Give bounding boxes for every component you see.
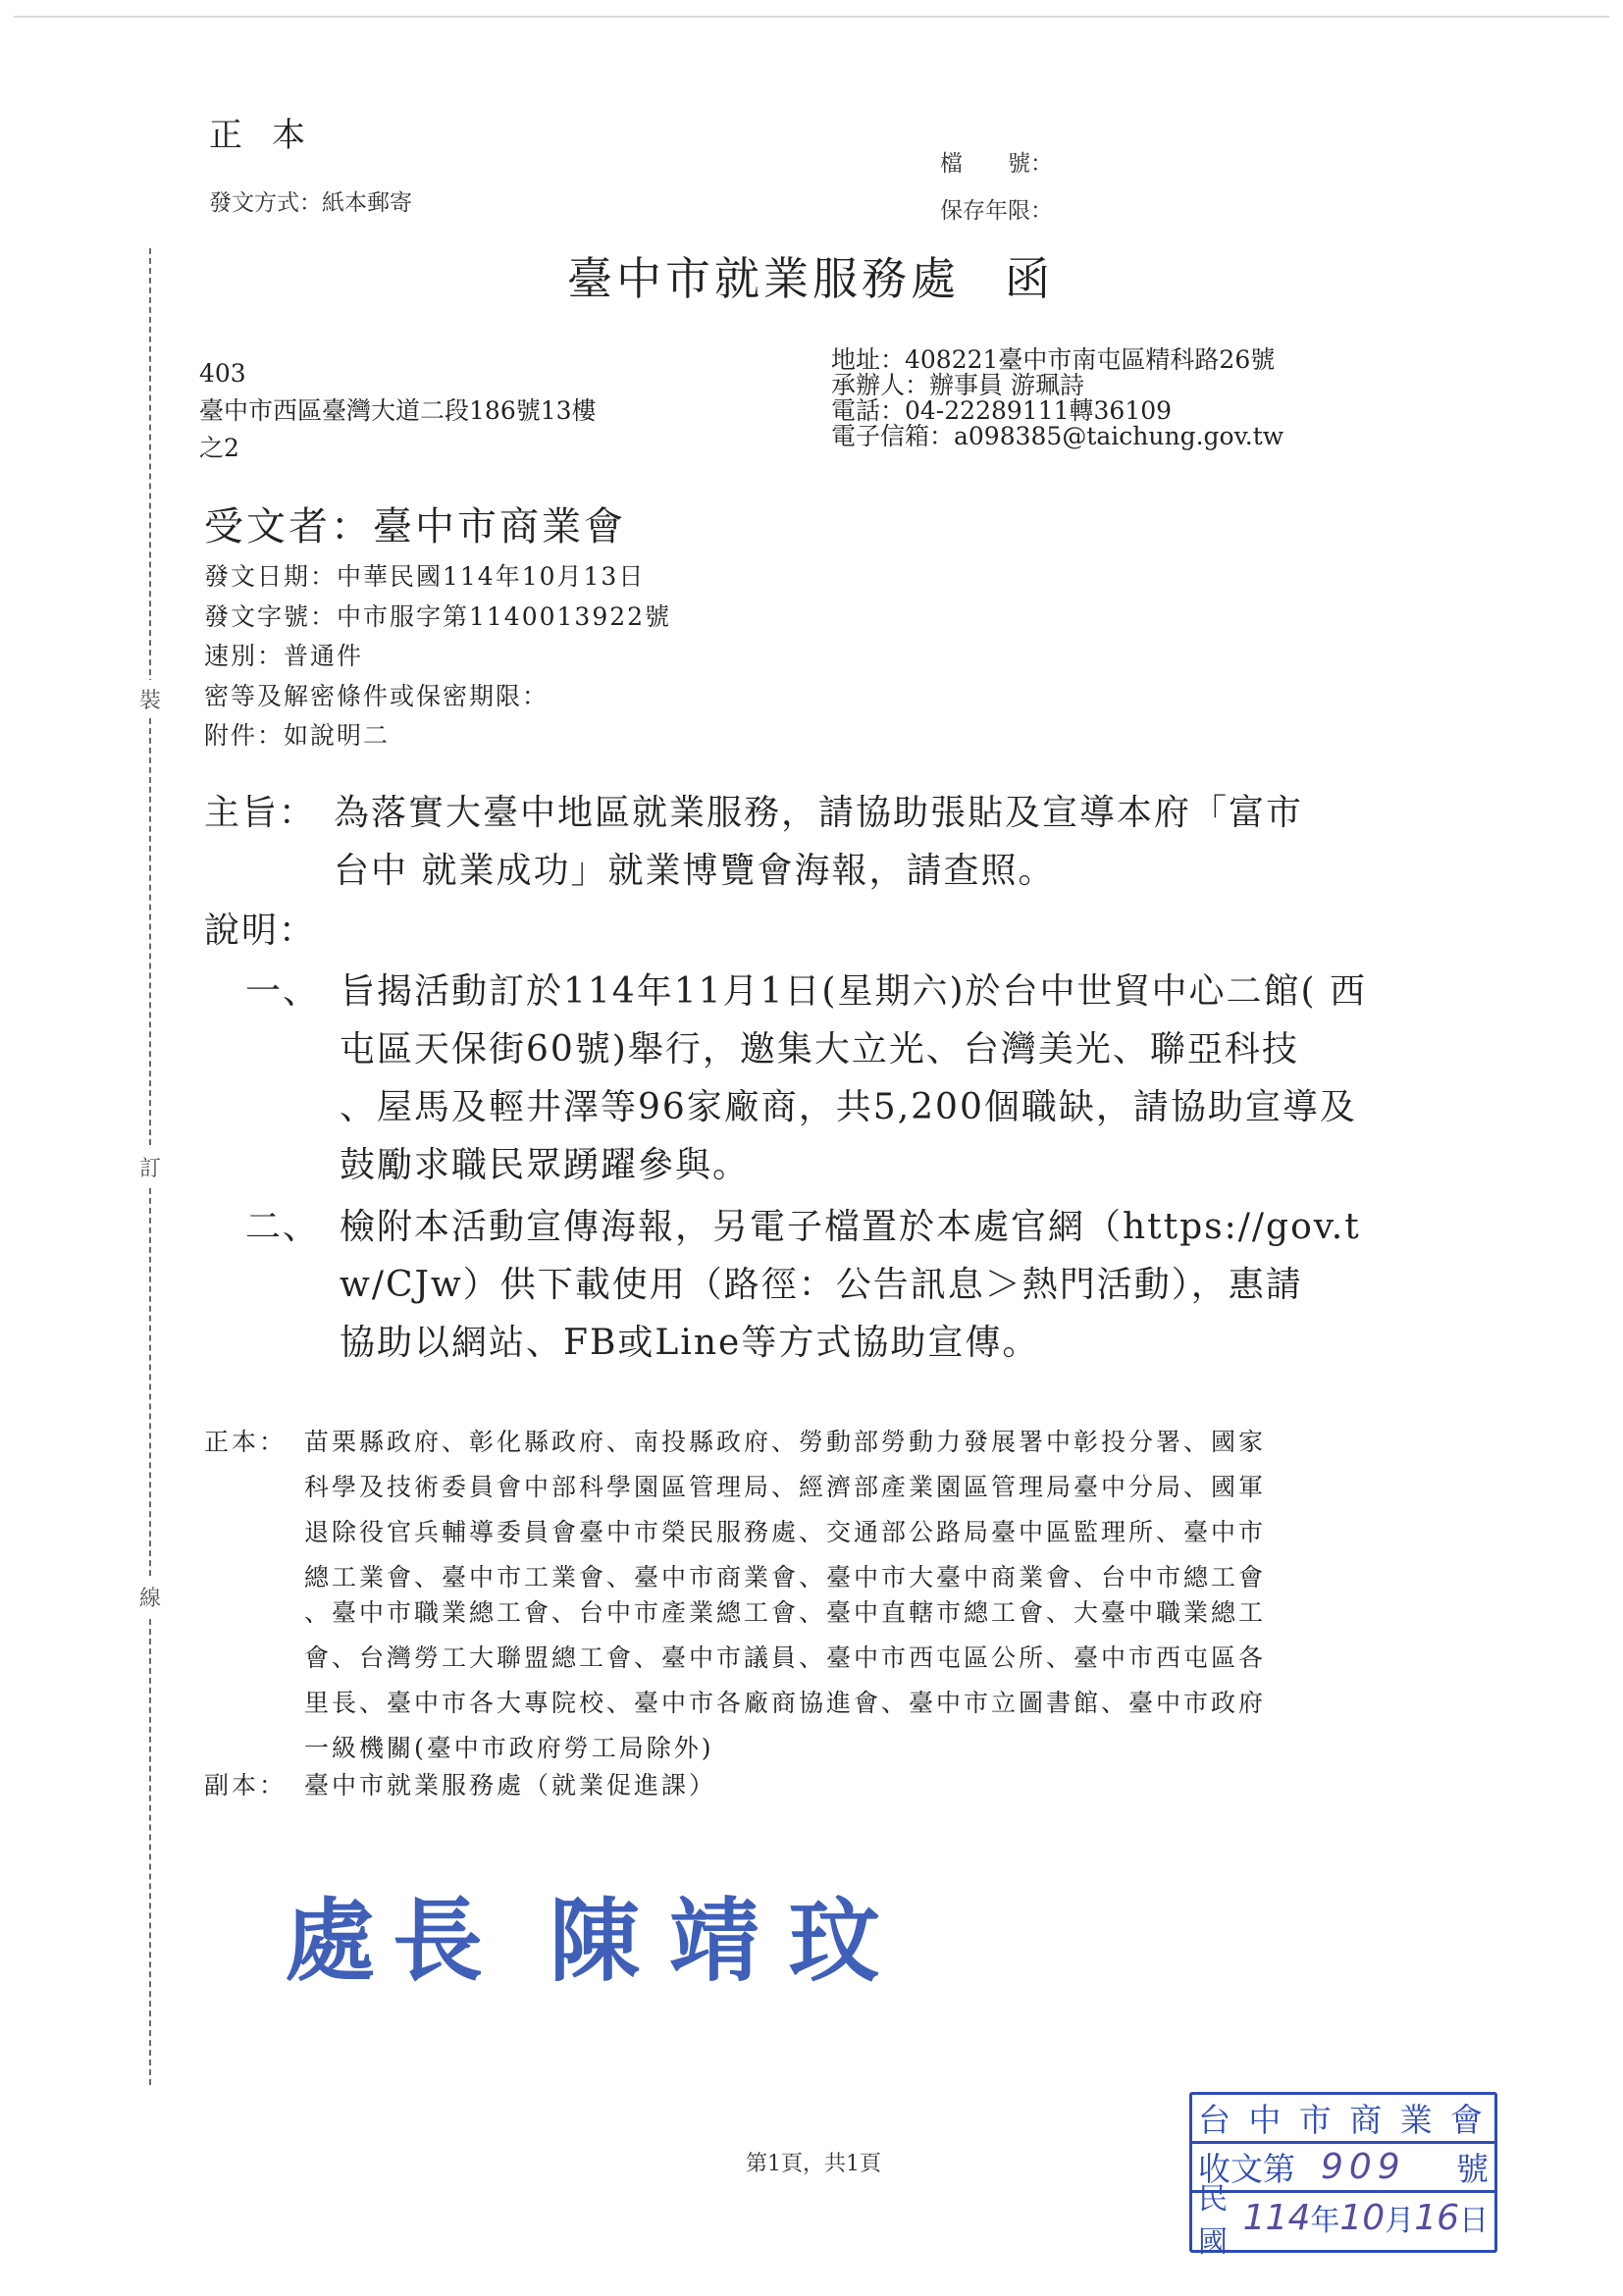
signature-title: 處長 (285, 1888, 500, 1994)
stamp-receipt-number: 909 (1321, 2147, 1406, 2187)
subject-line-2: 台中 就業成功」就業博覽會海報，請查照。 (334, 843, 1055, 893)
explanation-item-1-marker: 一、 (245, 964, 320, 1014)
explanation-item-2-line: 檢附本活動宣傳海報，另電子檔置於本處官網（https://gov.t (340, 1199, 1361, 1249)
recipient-mailing-address: 403 臺中市西區臺灣大道二段186號13樓 之2 (199, 355, 709, 467)
stamp-org-char: 市 (1299, 2095, 1337, 2141)
binding-mark-zhuang: 裝 (135, 680, 165, 718)
subject-line-1: 為落實大臺中地區就業服務，請協助張貼及宣導本府「富市 (334, 785, 1303, 835)
explanation-label: 說明： (204, 903, 316, 953)
file-number-label: 檔 號： (940, 145, 1053, 178)
explanation-item-2-line: 協助以網站、FB或Line等方式協助宣傳。 (340, 1315, 1039, 1365)
original-recipients-line: 苗栗縣政府、彰化縣政府、南投縣政府、勞動部勞動力發展署中彰投分署、國家 (304, 1423, 1266, 1458)
stamp-org-char: 商 (1349, 2095, 1387, 2141)
copy-recipients-label: 副本： (204, 1766, 287, 1801)
stamp-org-char: 會 (1450, 2095, 1489, 2141)
stamp-date-row: 民國 114 年 10 月 16 日 (1192, 2193, 1494, 2242)
stamp-org-char: 業 (1400, 2095, 1439, 2141)
stamp-day: 16 (1414, 2198, 1459, 2238)
original-recipients-line: 、臺中市職業總工會、台中市產業總工會、臺中直轄市總工會、大臺中職業總工 (304, 1593, 1266, 1629)
stamp-month: 10 (1339, 2198, 1385, 2238)
original-recipients-line: 里長、臺中市各大專院校、臺中市各廠商協進會、臺中市立圖書館、臺中市政府 (304, 1684, 1266, 1719)
attachment: 附件：如說明二 (204, 716, 671, 757)
signature-name: 陳靖玟 (550, 1888, 909, 1994)
delivery-method: 發文方式：紙本郵寄 (209, 184, 412, 217)
stamp-year-label: 年 (1310, 2196, 1339, 2239)
director-signature-seal: 處長陳靖玟 (285, 1869, 909, 1999)
explanation-item-1-line: 屯區天保街60號)舉行，邀集大立光、台灣美光、聯亞科技 (340, 1021, 1299, 1071)
subject-label: 主旨： (204, 785, 316, 835)
document-meta: 發文日期：中華民國114年10月13日 發文字號：中市服字第1140013922… (204, 557, 671, 757)
original-recipients-line: 退除役官兵輔導委員會臺中市榮民服務處、交通部公路局臺中區監理所、臺中市 (304, 1513, 1266, 1548)
copy-recipients-line: 臺中市就業服務處（就業促進課） (304, 1766, 716, 1801)
page-number: 第1頁，共1頁 (746, 2147, 881, 2177)
receipt-stamp: 台 中 市 商 業 會 收文第 909 號 民國 114 年 10 月 16 日 (1189, 2092, 1497, 2253)
sender-handler: 承辦人：辦事員 游珮詩 (831, 373, 1283, 398)
document-title: 臺中市就業服務處函 (567, 243, 1054, 308)
original-recipients-line: 會、台灣勞工大聯盟總工會、臺中市議員、臺中市西屯區公所、臺中市西屯區各 (304, 1639, 1266, 1674)
copy-type-label: 正本 (209, 108, 335, 156)
original-recipients-line: 科學及技術委員會中部科學園區管理局、經濟部產業園區管理局臺中分局、國軍 (304, 1468, 1266, 1503)
address-line-2: 之2 (199, 430, 709, 467)
stamp-year: 114 (1243, 2198, 1311, 2238)
postal-code: 403 (199, 355, 709, 392)
document-number: 發文字號：中市服字第1140013922號 (204, 598, 671, 638)
recipient: 受文者：臺中市商業會 (204, 496, 626, 551)
sender-contact-block: 地址：408221臺中市南屯區精科路26號 承辦人：辦事員 游珮詩 電話：04-… (831, 347, 1283, 449)
original-recipients-line: 總工業會、臺中市工業會、臺中市商業會、臺中市大臺中商業會、台中市總工會 (304, 1558, 1266, 1593)
issue-date: 發文日期：中華民國114年10月13日 (204, 557, 671, 598)
stamp-org-char: 台 (1198, 2095, 1236, 2141)
stamp-organization: 台 中 市 商 業 會 (1192, 2095, 1494, 2144)
stamp-org-char: 中 (1248, 2095, 1286, 2141)
explanation-item-1-line: 旨揭活動訂於114年11月1日(星期六)於台中世貿中心二館( 西 (340, 964, 1367, 1014)
explanation-item-1-line: 、屋馬及輕井澤等96家廠商，共5,200個職缺，請協助宣導及 (340, 1079, 1357, 1129)
original-recipients-label: 正本： (204, 1423, 287, 1458)
stamp-day-label: 日 (1459, 2196, 1489, 2239)
issuing-agency: 臺中市就業服務處 (567, 252, 960, 305)
page-top-edge (14, 16, 1609, 18)
address-line-1: 臺中市西區臺灣大道二段186號13樓 (199, 392, 709, 430)
explanation-item-1-line: 鼓勵求職民眾踴躍參與。 (340, 1137, 750, 1187)
sender-email: 電子信箱：a098385@taichung.gov.tw (831, 424, 1283, 449)
binding-mark-xian: 線 (135, 1578, 165, 1616)
classification: 密等及解密條件或保密期限： (204, 677, 671, 717)
explanation-item-2-marker: 二、 (245, 1199, 320, 1249)
sender-phone: 電話：04-22289111轉36109 (831, 398, 1283, 424)
explanation-item-2-line: w/CJw）供下載使用（路徑：公告訊息＞熱門活動），惠請 (340, 1257, 1303, 1307)
original-recipients-line: 一級機關(臺中市政府勞工局除外) (304, 1729, 714, 1764)
retention-period-label: 保存年限： (940, 192, 1053, 225)
stamp-month-label: 月 (1385, 2196, 1414, 2239)
urgency: 速別：普通件 (204, 637, 671, 677)
stamp-era-label: 民國 (1198, 2174, 1243, 2261)
sender-address: 地址：408221臺中市南屯區精科路26號 (831, 347, 1283, 373)
document-kind: 函 (1005, 252, 1054, 305)
binding-mark-ding: 訂 (135, 1148, 165, 1186)
stamp-receipt-suffix: 號 (1456, 2144, 1489, 2190)
